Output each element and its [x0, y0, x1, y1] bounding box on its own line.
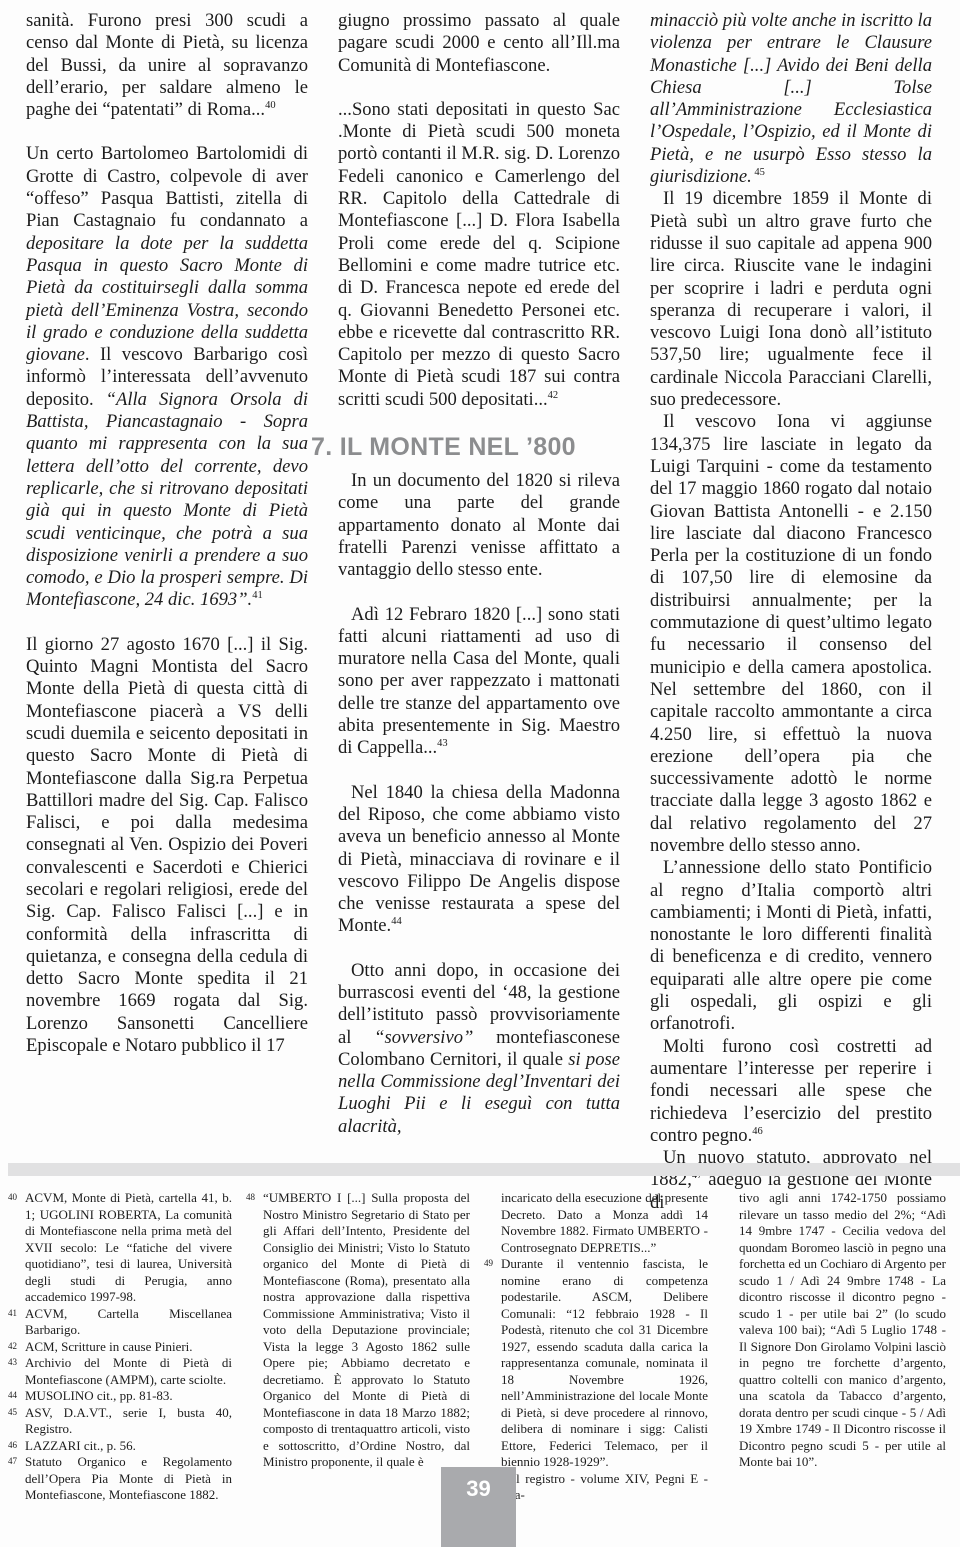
footnote-item: 44MUSOLINO cit., pp. 81-83. [8, 1388, 232, 1405]
text-segment: “Alla Signora Orsola di Battista, Pianca… [26, 389, 308, 611]
text-segment: Molti furono così costretti ad aumentare… [650, 1036, 932, 1146]
footnote-number: 40 [8, 1189, 17, 1206]
paragraph: L’annessione dello stato Pontificio al r… [650, 857, 932, 1035]
footnote-text: Archivio del Monte di Pietà di Montefias… [25, 1355, 232, 1387]
footnote-text: ACVM, Cartella Miscellanea Barbarigo. [25, 1306, 232, 1338]
footnote-text: tivo agli anni 1742-1750 possiamo rileva… [739, 1190, 946, 1469]
text-segment: Il giorno 27 agosto 1670 [...] il Sig. Q… [26, 634, 308, 1056]
footnote-number: 43 [8, 1354, 17, 1371]
footnote-text: Durante il ventennio fascista, le nomine… [501, 1256, 708, 1469]
paragraph: Il 19 dicembre 1859 il Monte di Pietà su… [650, 188, 932, 411]
footnote-text: “UMBERTO I [...] Sulla proposta del Nost… [263, 1190, 470, 1469]
footnote-item: 43Archivio del Monte di Pietà di Montefi… [8, 1355, 232, 1388]
footnote-item: 45ASV, D.A.VT., serie I, busta 40, Regis… [8, 1405, 232, 1438]
page-number: 39 [466, 1476, 490, 1501]
main-text-area: sanità. Furono presi 300 scudi a censo d… [26, 10, 932, 1214]
text-column-1: sanità. Furono presi 300 scudi a censo d… [26, 10, 308, 1214]
footnote-number: 42 [8, 1338, 17, 1355]
text-segment: L’annessione dello stato Pontificio al r… [650, 857, 932, 1034]
footnote-ref: 40 [265, 100, 276, 111]
footnote-number: 48 [246, 1189, 255, 1206]
footnote-item: tivo agli anni 1742-1750 possiamo rileva… [722, 1190, 946, 1471]
paragraph: Il vescovo Iona vi aggiunse 134,375 lire… [650, 411, 932, 857]
paragraph: Otto anni dopo, in occasione dei burrasc… [338, 960, 620, 1138]
text-segment: Il 19 dicembre 1859 il Monte di Pietà su… [650, 188, 932, 410]
footnote-item: 40ACVM, Monte di Pietà, cartella 41, b. … [8, 1190, 232, 1306]
paragraph: ...Sono stati depositati in questo Sac .… [338, 99, 620, 411]
text-segment: Adì 12 Febraro 1820 [...] sono stati fat… [338, 604, 620, 759]
paragraph: Il giorno 27 agosto 1670 [...] il Sig. Q… [26, 634, 308, 1058]
footnote-number: 41 [8, 1305, 17, 1322]
footnote-number: 49 [484, 1255, 493, 1272]
text-segment: ...Sono stati depositati in questo Sac .… [338, 99, 620, 410]
footnote-text: MUSOLINO cit., pp. 81-83. [25, 1388, 173, 1403]
footnotes-area: 40ACVM, Monte di Pietà, cartella 41, b. … [8, 1190, 946, 1504]
footnote-number: 46 [8, 1437, 17, 1454]
section-heading: 7. IL MONTE NEL ’800 [311, 433, 620, 462]
section-divider-bar [8, 1163, 960, 1176]
page-number-box: 39 [441, 1467, 516, 1547]
paragraph: Adì 12 Febraro 1820 [...] sono stati fat… [338, 604, 620, 760]
footnote-item: 42ACM, Scritture in cause Pinieri. [8, 1339, 232, 1356]
footnote-column-3: incaricato della esecuzione del presente… [484, 1190, 708, 1504]
footnote-column-1: 40ACVM, Monte di Pietà, cartella 41, b. … [8, 1190, 232, 1504]
text-segment: minacciò più volte anche in iscritto la … [650, 10, 932, 187]
footnote-text: ACM, Scritture in cause Pinieri. [25, 1339, 193, 1354]
footnote-ref: 45 [752, 167, 765, 178]
footnote-column-2: 48“UMBERTO I [...] Sulla proposta del No… [246, 1190, 470, 1504]
paragraph: minacciò più volte anche in iscritto la … [650, 10, 932, 188]
text-segment: giugno prossimo passato al quale pagare … [338, 10, 620, 76]
footnote-ref: 46 [752, 1126, 763, 1137]
footnote-text: ASV, D.A.VT., serie I, busta 40, Registr… [25, 1405, 232, 1437]
footnote-item: incaricato della esecuzione del presente… [484, 1190, 708, 1256]
paragraph: In un documento del 1820 si rileva come … [338, 470, 620, 581]
text-segment: Un certo Bartolomeo Bartolomidi di Grott… [26, 143, 308, 231]
footnote-text: LAZZARI cit., p. 56. [25, 1438, 136, 1453]
footnote-text: Statuto Organico e Regolamento dell’Oper… [25, 1454, 232, 1502]
footnote-text: Dal registro - volume XIV, Pegni E - rel… [501, 1471, 708, 1503]
footnote-item: 48“UMBERTO I [...] Sulla proposta del No… [246, 1190, 470, 1471]
footnote-column-4: tivo agli anni 1742-1750 possiamo rileva… [722, 1190, 946, 1504]
footnote-ref: 42 [548, 390, 559, 401]
footnote-number: 47 [8, 1453, 17, 1470]
text-segment: “sovversivo” [374, 1027, 473, 1048]
footnote-number: 44 [8, 1387, 17, 1404]
text-segment: Il vescovo Iona vi aggiunse 134,375 lire… [650, 411, 932, 856]
footnote-number: 45 [8, 1404, 17, 1421]
footnote-item: 49Durante il ventennio fascista, le nomi… [484, 1256, 708, 1471]
paragraph: Molti furono così costretti ad aumentare… [650, 1036, 932, 1147]
footnote-item: 46LAZZARI cit., p. 56. [8, 1438, 232, 1455]
footnote-ref: 44 [391, 916, 402, 927]
footnote-item: 50Dal registro - volume XIV, Pegni E - r… [484, 1471, 708, 1504]
paragraph: sanità. Furono presi 300 scudi a censo d… [26, 10, 308, 121]
paragraph: Un certo Bartolomeo Bartolomidi di Grott… [26, 143, 308, 611]
text-column-3: minacciò più volte anche in iscritto la … [650, 10, 932, 1214]
paragraph: giugno prossimo passato al quale pagare … [338, 10, 620, 77]
footnote-item: 47Statuto Organico e Regolamento dell’Op… [8, 1454, 232, 1504]
footnote-text: incaricato della esecuzione del presente… [501, 1190, 708, 1255]
footnote-item: 41ACVM, Cartella Miscellanea Barbarigo. [8, 1306, 232, 1339]
text-segment: In un documento del 1820 si rileva come … [338, 470, 620, 580]
footnote-ref: 41 [252, 590, 263, 601]
text-segment: Nel 1840 la chiesa della Madonna del Rip… [338, 782, 620, 937]
document-page: sanità. Furono presi 300 scudi a censo d… [0, 0, 960, 1547]
paragraph: Nel 1840 la chiesa della Madonna del Rip… [338, 782, 620, 938]
text-column-2: giugno prossimo passato al quale pagare … [338, 10, 620, 1214]
footnote-ref: 43 [437, 738, 448, 749]
footnote-text: ACVM, Monte di Pietà, cartella 41, b. 1;… [25, 1190, 232, 1304]
